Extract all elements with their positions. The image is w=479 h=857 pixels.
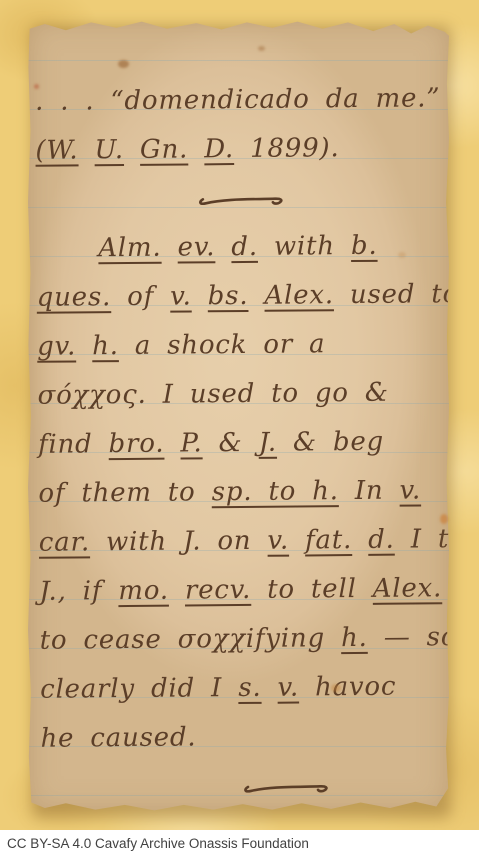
handwriting-word: J.	[258, 428, 277, 458]
handwriting-word: h.	[341, 623, 368, 653]
handwriting-word: & beg	[293, 427, 384, 458]
handwriting-word: clearly did	[40, 673, 195, 704]
handwriting-line: gv. h. a shock or a	[37, 319, 446, 372]
handwriting-word: sp. to h.	[212, 476, 339, 507]
handwriting-line: Alm. ev. d. with b.	[98, 221, 445, 273]
handwriting-word: bs.	[208, 281, 249, 311]
divider-flourish	[41, 760, 449, 812]
handwriting-word: Alm.	[98, 233, 161, 264]
handwriting-word: to tell	[267, 574, 357, 605]
handwriting-line: (W. U. Gn. D. 1899).	[35, 123, 444, 176]
handwriting-word: v.	[170, 281, 192, 311]
handwriting-line: find bro. P. & J. & beg	[38, 417, 447, 470]
handwriting-word: v.	[277, 673, 299, 703]
handwriting-line: of them to sp. to h. In v.	[38, 466, 447, 519]
handwriting-word: d.	[368, 525, 395, 555]
handwriting-word: a shock or a	[135, 329, 326, 361]
handwriting-word: car.	[39, 527, 90, 557]
handwriting-word: σόχχος. I used to go &	[37, 378, 388, 411]
handwriting-word: v.	[267, 526, 289, 556]
handwriting-word: mo.	[118, 576, 169, 606]
manuscript-page: . . . “domendicado da me.”(W. U. Gn. D. …	[28, 20, 449, 812]
handwriting-word: to cease σοχχifying	[40, 623, 326, 655]
handwriting-word: of	[127, 282, 154, 312]
handwriting-word: fat.	[305, 525, 352, 555]
handwriting-line: he caused.	[40, 711, 449, 764]
stain	[118, 60, 129, 68]
handwriting-word: used to	[350, 279, 449, 310]
flourish-squiggle-icon	[239, 777, 331, 796]
handwriting-line: J., if mo. recv. to tell Alex.	[39, 564, 448, 617]
handwriting-word: &	[218, 428, 242, 458]
handwriting-word: Alex.	[373, 573, 443, 604]
handwriting-word: I	[211, 673, 222, 703]
handwriting-word: In	[355, 476, 384, 506]
handwriting-word: . . . “domendicado da me.”	[35, 83, 441, 117]
handwriting-word: P.	[180, 428, 202, 458]
handwriting-word: — so	[384, 622, 449, 653]
handwriting-line: to cease σοχχifying h. — so	[40, 613, 449, 666]
handwriting-word: with J. on	[106, 526, 252, 557]
handwriting-word: (W.	[35, 135, 78, 165]
handwriting-word: U.	[94, 135, 124, 165]
scanned-photo: . . . “domendicado da me.”(W. U. Gn. D. …	[0, 0, 479, 857]
handwriting-word: gv.	[37, 331, 76, 361]
stain	[398, 252, 406, 258]
handwriting-word: 1899).	[250, 133, 340, 164]
handwriting-word: D.	[204, 134, 234, 164]
handwriting-word: b.	[351, 231, 378, 261]
handwriting-line: . . . “domendicado da me.”	[35, 74, 444, 127]
handwriting-word: J., if	[39, 576, 102, 607]
handwriting-line: σόχχος. I used to go &	[37, 368, 446, 421]
handwriting-line: car. with J. on v. fat. d. I told	[39, 515, 448, 568]
handwriting-word: with	[274, 231, 335, 262]
stain	[331, 684, 341, 692]
handwriting-word: havoc	[315, 672, 396, 703]
stain	[34, 84, 39, 89]
handwriting-word: recv.	[185, 575, 252, 606]
stain	[258, 46, 265, 51]
handwriting-word: d.	[231, 232, 258, 262]
handwriting-word: find	[38, 429, 93, 459]
handwriting-word: of them to	[38, 477, 195, 508]
license-text: CC BY-SA 4.0 Cavafy Archive Onassis Foun…	[7, 836, 309, 851]
handwriting-word: ques.	[37, 282, 112, 313]
handwriting-word: Alex.	[264, 280, 334, 311]
handwriting-line: ques. of v. bs. Alex. used to	[37, 270, 446, 323]
handwriting-word: Gn.	[140, 134, 188, 164]
handwriting-word: he caused.	[40, 722, 196, 753]
handwriting-word: ev.	[177, 232, 215, 262]
handwriting-word: I told	[411, 524, 449, 555]
handwriting-line: clearly did I s. v. havoc	[40, 662, 449, 715]
stain	[440, 514, 448, 524]
handwriting-word: v.	[399, 475, 421, 505]
handwriting-word: s.	[238, 673, 261, 703]
handwriting-word: h.	[92, 331, 119, 361]
attribution-bar: CC BY-SA 4.0 Cavafy Archive Onassis Foun…	[0, 830, 479, 857]
divider-flourish	[36, 172, 445, 225]
handwriting: . . . “domendicado da me.”(W. U. Gn. D. …	[35, 74, 449, 812]
handwriting-word: bro.	[108, 429, 164, 459]
flourish-squiggle-icon	[194, 189, 286, 208]
